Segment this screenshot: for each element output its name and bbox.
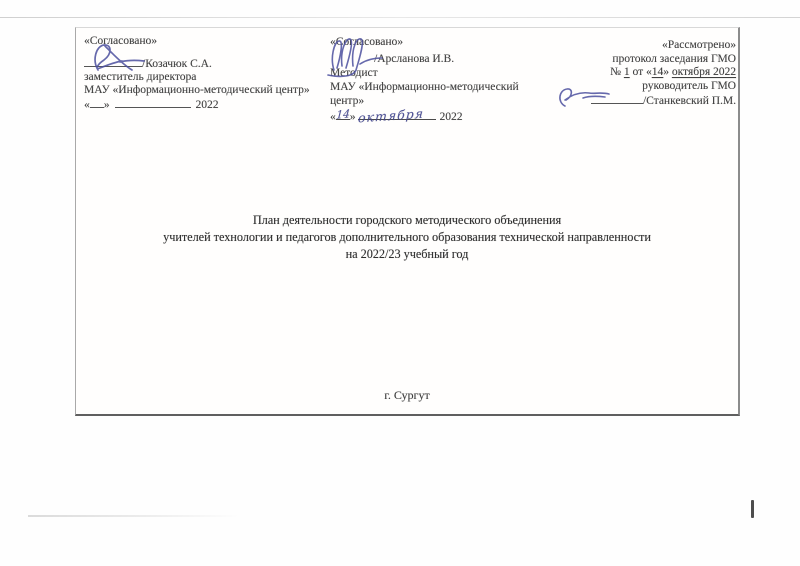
quote-close: » [104,99,110,111]
document-title: План деятельности городского методическо… [76,212,738,263]
month-blank-line [115,97,191,108]
scan-edge-line-top [0,17,800,18]
number-label: № [610,66,624,78]
day-blank-line: 14 [336,108,350,120]
approval-right-protocol: протокол заседания ГМО [526,53,736,67]
signature-blank-line [591,93,643,104]
quote-close: » [663,66,672,78]
approval-right-role: руководитель ГМО [526,80,736,94]
approval-right-status: «Рассмотрено» [526,39,736,53]
approval-middle-role: Методист [330,66,542,80]
title-line-3: на 2022/23 учебный год [76,246,738,263]
quote-close: » [350,111,356,123]
approval-block-left: «Согласовано» /Козачюк С.А. заместитель … [84,35,336,112]
approval-block-middle: «Согласовано» /Арсланова И.В. Методист М… [330,35,542,124]
protocol-day: 14 [652,66,664,78]
signature-blank-line [84,56,142,67]
scan-artifact-tick [751,500,754,518]
title-line-2: учителей технологии и педагогов дополнит… [76,229,738,246]
approval-block-right: «Рассмотрено» протокол заседания ГМО № 1… [526,39,736,109]
approval-middle-date-line: «14»октября2022 [330,108,542,124]
year-text: 2022 [196,99,219,111]
approval-right-protocol-number-line: № 1 от «14» октября 2022 [526,66,736,80]
from-text: от « [630,66,652,78]
scan-artifact-line [28,515,240,517]
title-line-1: План деятельности городского методическо… [76,212,738,229]
approval-middle-status: «Согласовано» [330,35,542,49]
approval-left-status: «Согласовано» [84,35,336,48]
approval-middle-signature-line: /Арсланова И.В. [330,52,542,66]
handwritten-day: 14 [335,107,350,123]
approval-middle-org-line1: МАУ «Информационно-методический [330,80,542,94]
protocol-date: октября 2022 [672,66,736,78]
approval-left-role: заместитель директора [84,71,336,84]
day-blank-line [90,97,104,108]
signer-name: /Станкевский П.М. [643,95,736,107]
signer-name: /Козачюк С.А. [142,58,212,70]
approval-right-signature-line: /Станкевский П.М. [526,93,736,109]
approval-left-date-line: «»2022 [84,97,336,112]
month-blank-line: октября [358,108,436,120]
signer-name: /Арсланова И.В. [374,53,454,65]
document-sheet: «Согласовано» /Козачюк С.А. заместитель … [75,27,740,416]
approval-middle-org-line2: центр» [330,94,542,108]
approval-left-signature-line: /Козачюк С.А. [84,56,336,71]
year-text: 2022 [440,111,463,123]
city-label: г. Сургут [76,388,738,403]
handwritten-month: октября [357,107,424,126]
scanned-document-page: «Согласовано» /Козачюк С.А. заместитель … [0,0,800,566]
approval-left-org: МАУ «Информационно-методический центр» [84,84,336,97]
